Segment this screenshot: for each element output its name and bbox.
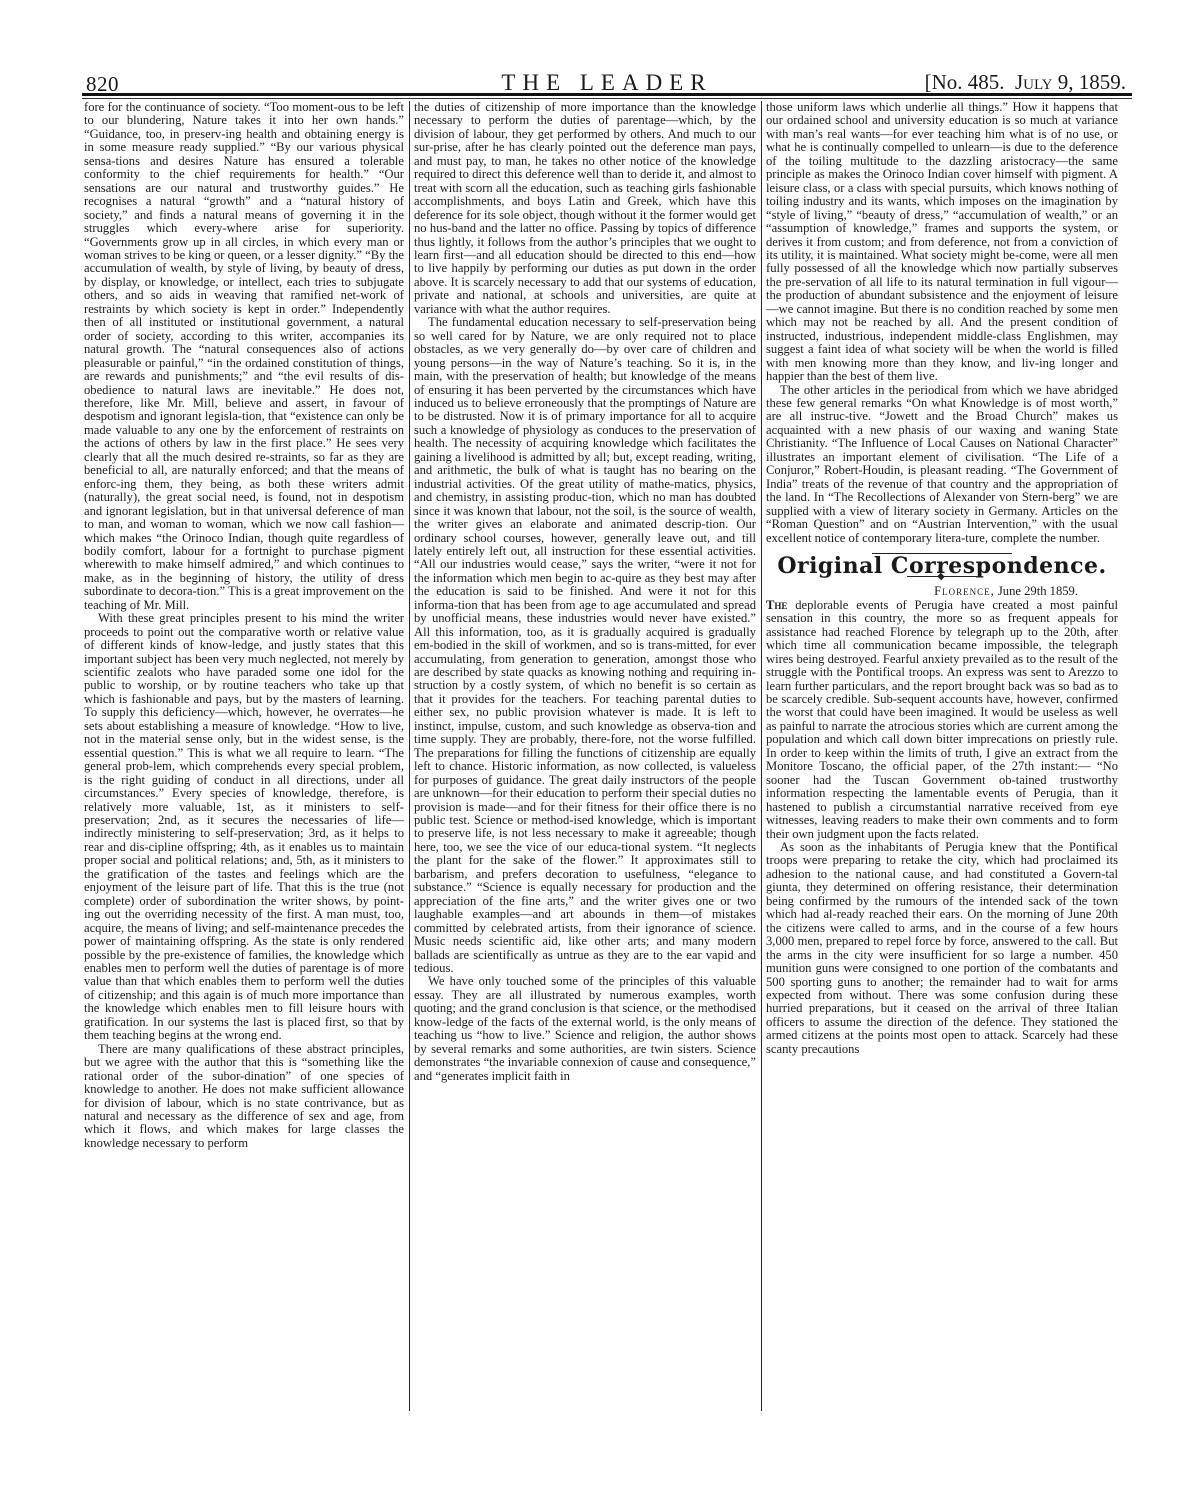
column-left: fore for the continuance of society. “To… [84, 101, 404, 1150]
paragraph: the duties of citizenship of more import… [414, 101, 756, 316]
paragraph-text: deplorable events of Perugia have create… [766, 598, 1118, 841]
paragraph: fore for the continuance of society. “To… [84, 101, 404, 612]
column-divider [761, 101, 762, 1411]
paragraph: those uniform laws which underlie all th… [766, 101, 1118, 384]
issue-date: 9, 1859. [1058, 70, 1126, 94]
column-right: those uniform laws which underlie all th… [766, 101, 1118, 1056]
ornament-icon [907, 576, 977, 577]
issue-month: July [1015, 70, 1053, 94]
issue-info: [No. 485. July 9, 1859. [925, 70, 1126, 95]
dateline: Florence, June 29th 1859. [766, 585, 1118, 598]
dateline-date: June 29th 1859. [998, 584, 1078, 598]
section-title: Original Correspondence. [766, 560, 1118, 573]
header-rule-thin [82, 98, 1132, 99]
header-rule-thick [82, 93, 1132, 96]
paragraph: We have only touched some of the princip… [414, 975, 756, 1083]
page-header: 820 THE LEADER [No. 485. July 9, 1859. [82, 66, 1132, 96]
paragraph: With these great principles present to h… [84, 612, 404, 1043]
lead-word: The [766, 598, 787, 612]
paragraph: There are many qualifications of these a… [84, 1043, 404, 1151]
issue-number: [No. 485. [925, 70, 1005, 94]
dateline-place: Florence, [934, 584, 995, 598]
column-divider [409, 101, 410, 1411]
paragraph: As soon as the inhabitants of Perugia kn… [766, 841, 1118, 1056]
column-middle: the duties of citizenship of more import… [414, 101, 756, 1083]
paragraph: The deplorable events of Perugia have cr… [766, 599, 1118, 841]
paragraph: The other articles in the periodical fro… [766, 384, 1118, 545]
paragraph: The fundamental education necessary to s… [414, 316, 756, 975]
